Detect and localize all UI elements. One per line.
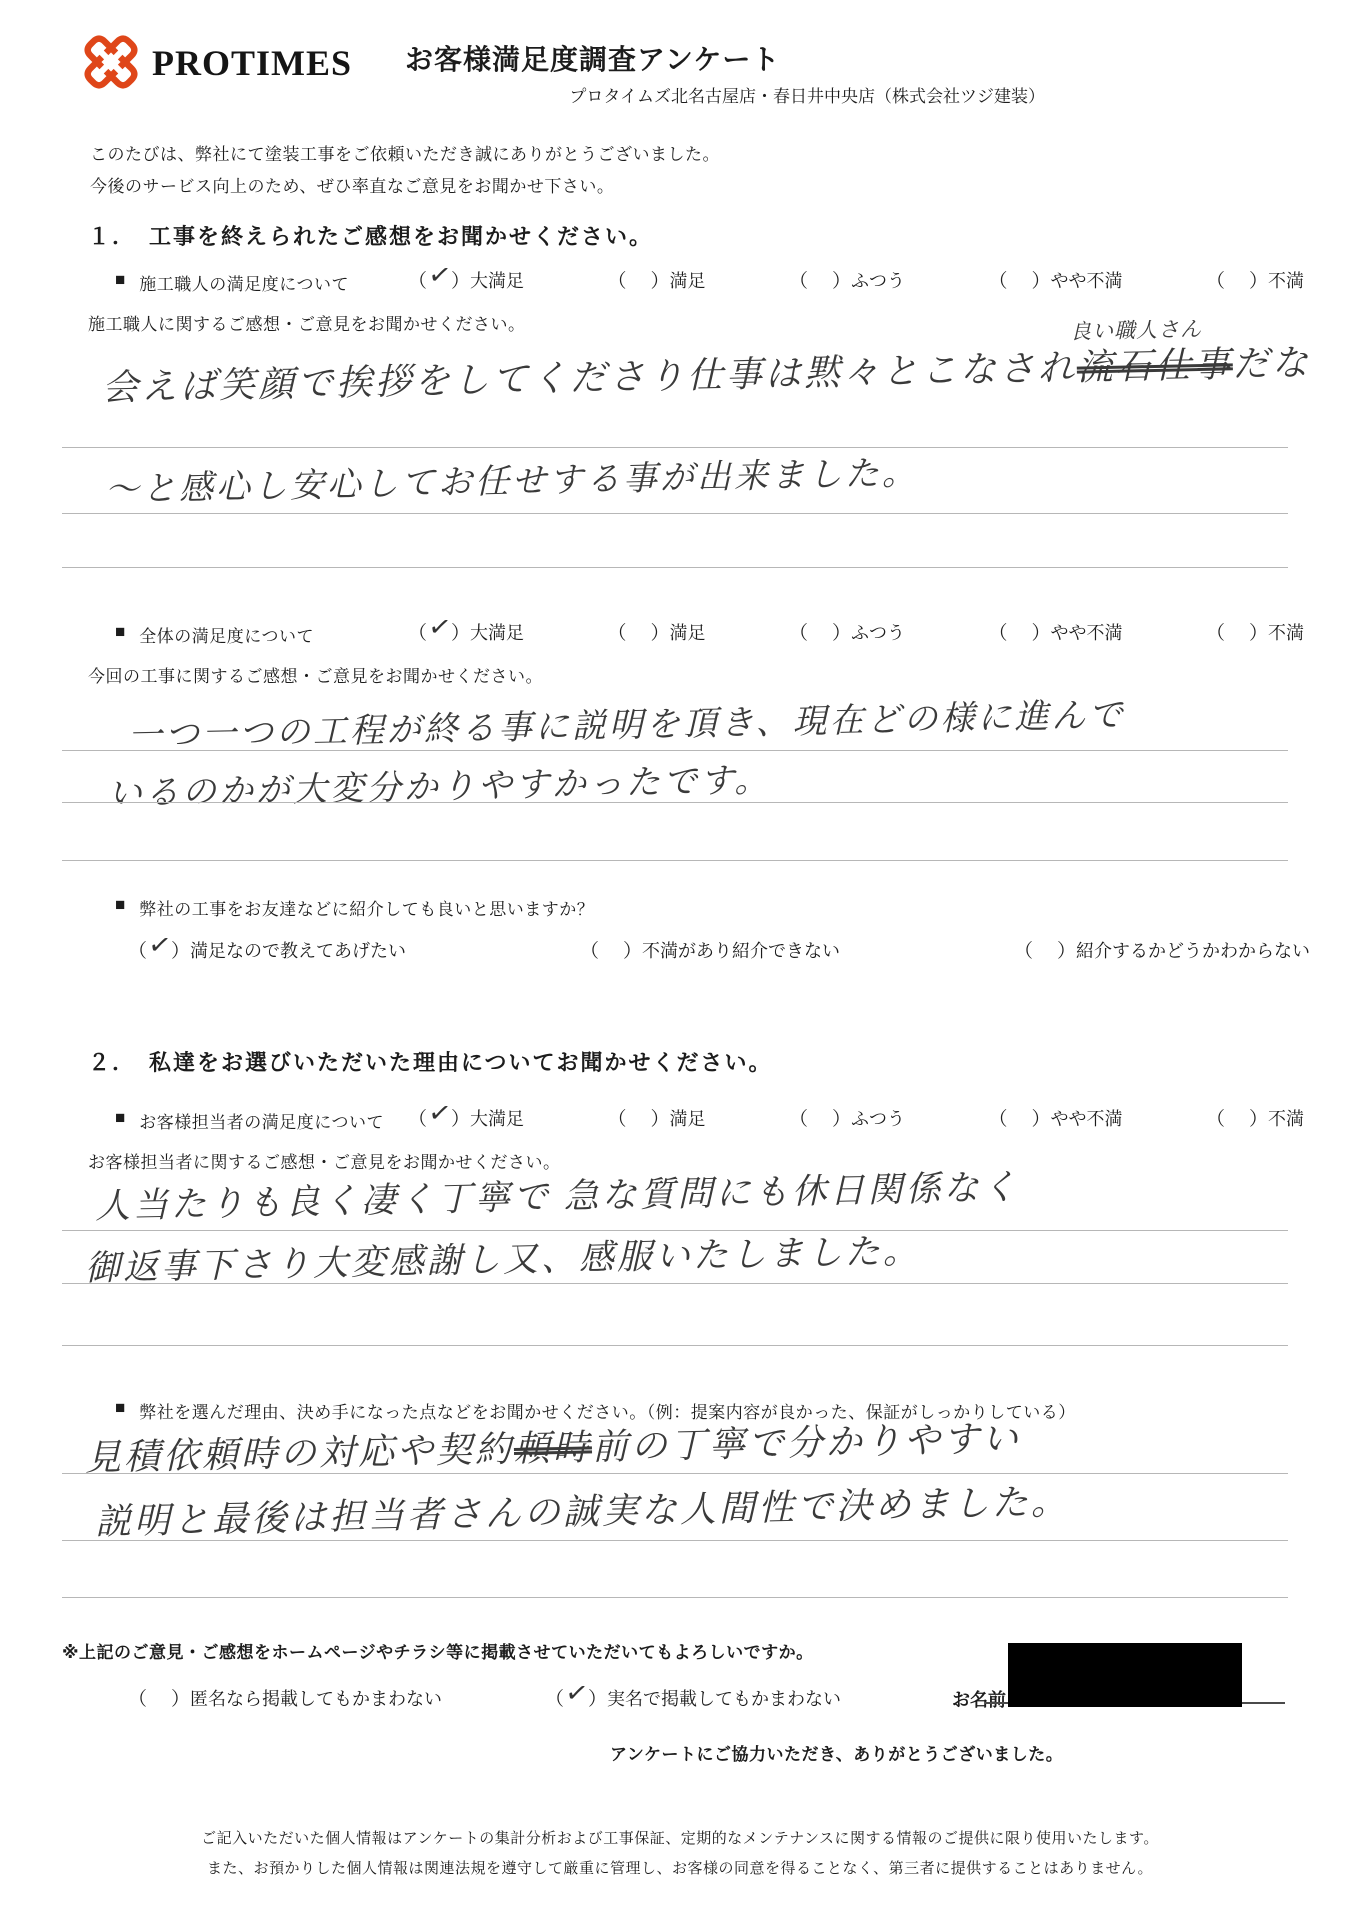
handwritten-answer-worker-line1: 会えば笑顔で挨拶をしてくださり仕事は黙々とこなされ良い職人さん流石仕事だな: [102, 343, 1312, 408]
thanks-message: アンケートにご協力いただき、ありがとうございました。: [610, 1740, 1063, 1765]
handwritten-insertion: 良い職人さん: [1070, 318, 1202, 344]
option-anonymous-ok: （）匿名なら掲載してもかまわない: [128, 1684, 442, 1711]
protimes-logo-wordmark: PROTIMES: [152, 42, 352, 84]
option-label: 紹介するかどうかわからない: [1076, 937, 1310, 963]
q-manager-prompt: お客様担当者に関するご感想・ご意見をお聞かせください。: [88, 1148, 561, 1173]
q-referral-row: ■ 弊社の工事をお友達などに紹介しても良いと思いますか？: [115, 895, 594, 920]
empty-checkbox: [600, 943, 624, 947]
name-field-label: お名前: [952, 1686, 1006, 1712]
q-overall-prompt: 今回の工事に関するご感想・ご意見をお聞かせください。: [88, 662, 543, 687]
option-label: 大満足: [470, 267, 524, 293]
q-manager-label: お客様担当者の満足度について: [139, 1108, 384, 1133]
q-overall-options: （✓）大満足 （）満足 （）ふつう （）やや不満 （）不満: [408, 618, 1304, 645]
handwritten-strikethrough: 頼時: [513, 1426, 592, 1469]
ruled-line: [62, 1345, 1288, 1346]
ruled-line: [62, 1230, 1288, 1231]
empty-checkbox: [1008, 625, 1032, 629]
option-label: やや不満: [1050, 619, 1122, 645]
option-label: 不満があり紹介できない: [642, 937, 840, 963]
handwritten-checkmark: ✓: [564, 1682, 591, 1704]
ruled-line: [62, 1283, 1288, 1284]
option-very-satisfied: （✓）大満足: [408, 618, 524, 645]
ruled-line: [62, 1473, 1288, 1474]
empty-checkbox: [1008, 1111, 1032, 1115]
option-label: 満足: [670, 619, 706, 645]
handwritten-answer-manager-line1: 人当たりも良く凄く丁寧で 急な質問にも休日関係なく: [95, 1169, 1020, 1227]
q-worker-row: ■ 施工職人の満足度について: [115, 270, 349, 295]
handwritten-answer-overall-line1: 一つ一つの工程が終る事に説明を頂き、現在どの様に進んで: [128, 697, 1126, 755]
q-worker-prompt: 施工職人に関するご感想・ご意見をお聞かせください。: [88, 310, 526, 335]
option-dissatisfied: （）不満: [1206, 1104, 1304, 1131]
option-satisfied: （）満足: [607, 1104, 705, 1131]
option-label: 不満: [1268, 267, 1304, 293]
q-manager-options: （✓）大満足 （）満足 （）ふつう （）やや不満 （）不満: [408, 1104, 1304, 1131]
handwritten-answer-reason-line2: 説明と最後は担当者さんの誠実な人間性で決めました。: [95, 1482, 1071, 1542]
handwritten-answer-reason-line1: 見積依頼時の対応や契約頼時前の丁寧で分かりやすい: [85, 1418, 1022, 1477]
option-somewhat-dissatisfied: （）やや不満: [988, 618, 1122, 645]
option-label: 不満: [1268, 1105, 1304, 1131]
ruled-line: [62, 750, 1288, 751]
handwritten-answer-worker-line2: 〜と感心し安心してお任せする事が出来ました。: [105, 455, 920, 509]
option-label: 大満足: [470, 619, 524, 645]
survey-scan-page: PROTIMES お客様満足度調査アンケート プロタイムズ北名古屋店・春日井中央…: [0, 0, 1358, 1920]
empty-checkbox: [1226, 625, 1250, 629]
option-label: 不満: [1268, 619, 1304, 645]
option-somewhat-dissatisfied: （）やや不満: [988, 1104, 1122, 1131]
empty-checkbox: [809, 1111, 833, 1115]
option-label: 実名で掲載してもかまわない: [607, 1685, 841, 1711]
option-satisfied: （）満足: [607, 266, 705, 293]
empty-checkbox: [809, 273, 833, 277]
empty-checkbox: [148, 1691, 172, 1695]
ruled-line: [62, 513, 1288, 514]
option-very-satisfied: （✓）大満足: [408, 266, 524, 293]
option-label: 満足なので教えてあげたい: [190, 937, 406, 963]
ruled-line: [62, 567, 1288, 568]
handwritten-checkmark: ✓: [427, 616, 454, 638]
square-bullet-icon: ■: [115, 1108, 125, 1128]
ruled-line: [62, 860, 1288, 861]
empty-checkbox: [1034, 943, 1058, 947]
option-normal: （）ふつう: [789, 266, 905, 293]
option-label: 匿名なら掲載してもかまわない: [190, 1685, 442, 1711]
handwritten-strikethrough: 流石仕事: [1076, 343, 1233, 387]
handwritten-checkmark: ✓: [147, 934, 174, 956]
q-referral-label: 弊社の工事をお友達などに紹介しても良いと思いますか？: [139, 895, 594, 920]
ruled-line: [62, 1540, 1288, 1541]
square-bullet-icon: ■: [115, 895, 125, 915]
option-label: やや不満: [1050, 267, 1122, 293]
option-dissatisfied: （）不満: [1206, 618, 1304, 645]
square-bullet-icon: ■: [115, 622, 125, 642]
option-refer-unsure: （）紹介するかどうかわからない: [1014, 936, 1310, 963]
option-label: 満足: [670, 1105, 706, 1131]
option-very-satisfied: （✓）大満足: [408, 1104, 524, 1131]
handwritten-checkmark: ✓: [427, 1102, 454, 1124]
handwritten-answer-overall-line2: いるのかが大変分かりやすかったです。: [108, 762, 772, 813]
option-label: 大満足: [470, 1105, 524, 1131]
q-worker-label: 施工職人の満足度について: [139, 270, 349, 295]
option-satisfied: （）満足: [607, 618, 705, 645]
q-manager-row: ■ お客様担当者の満足度について: [115, 1108, 384, 1133]
option-label: ふつう: [851, 267, 905, 293]
empty-checkbox: [1008, 273, 1032, 277]
empty-checkbox: [809, 625, 833, 629]
protimes-logo-icon: [78, 30, 144, 94]
ruled-line: [62, 802, 1288, 803]
intro-line-1: このたびは、弊社にて塗装工事をご依頼いただき誠にありがとうございました。: [90, 140, 720, 165]
publication-question: ※上記のご意見・ご感想をホームページやチラシ等に掲載させていただいてもよろしいで…: [62, 1638, 814, 1663]
ruled-line: [62, 1597, 1288, 1598]
section1-heading: １． 工事を終えられたご感想をお聞かせください。: [88, 220, 653, 251]
option-refer-satisfied: （✓）満足なので教えてあげたい: [128, 936, 406, 963]
empty-checkbox: [627, 1111, 651, 1115]
q-referral-options: （✓）満足なので教えてあげたい （）不満があり紹介できない （）紹介するかどうか…: [128, 936, 1310, 963]
ruled-line: [62, 447, 1288, 448]
store-subtitle: プロタイムズ北名古屋店・春日井中央店（株式会社ツジ建装）: [500, 82, 1045, 107]
privacy-notice: ご記入いただいた個人情報はアンケートの集計分析および工事保証、定期的なメンテナン…: [60, 1824, 1300, 1884]
option-realname-ok: （✓）実名で掲載してもかまわない: [545, 1684, 841, 1711]
handwritten-checkmark: ✓: [427, 264, 454, 286]
empty-checkbox: [1226, 273, 1250, 277]
option-normal: （）ふつう: [789, 618, 905, 645]
option-label: 満足: [670, 267, 706, 293]
option-label: ふつう: [851, 1105, 905, 1131]
section2-heading: ２． 私達をお選びいただいた理由についてお聞かせください。: [88, 1046, 773, 1077]
privacy-line-2: また、お預かりした個人情報は関連法規を遵守して厳重に管理し、お客様の同意を得るこ…: [60, 1854, 1300, 1884]
option-label: ふつう: [851, 619, 905, 645]
q-worker-options: （✓）大満足 （）満足 （）ふつう （）やや不満 （）不満: [408, 266, 1304, 293]
option-normal: （）ふつう: [789, 1104, 905, 1131]
option-somewhat-dissatisfied: （）やや不満: [988, 266, 1122, 293]
empty-checkbox: [627, 625, 651, 629]
empty-checkbox: [1226, 1111, 1250, 1115]
empty-checkbox: [627, 273, 651, 277]
privacy-line-1: ご記入いただいた個人情報はアンケートの集計分析および工事保証、定期的なメンテナン…: [60, 1824, 1300, 1854]
option-dissatisfied: （）不満: [1206, 266, 1304, 293]
handwritten-answer-manager-line2: 御返事下さり大変感謝し又、感服いたしました。: [85, 1232, 922, 1288]
page-title: お客様満足度調査アンケート: [405, 38, 780, 78]
redacted-name-box: [1008, 1643, 1242, 1707]
square-bullet-icon: ■: [115, 1398, 125, 1418]
option-label: やや不満: [1050, 1105, 1122, 1131]
option-refer-cannot: （）不満があり紹介できない: [580, 936, 840, 963]
q-overall-row: ■ 全体の満足度について: [115, 622, 314, 647]
q-overall-label: 全体の満足度について: [139, 622, 314, 647]
intro-line-2: 今後のサービス向上のため、ぜひ率直なご意見をお聞かせ下さい。: [90, 172, 614, 197]
square-bullet-icon: ■: [115, 270, 125, 290]
